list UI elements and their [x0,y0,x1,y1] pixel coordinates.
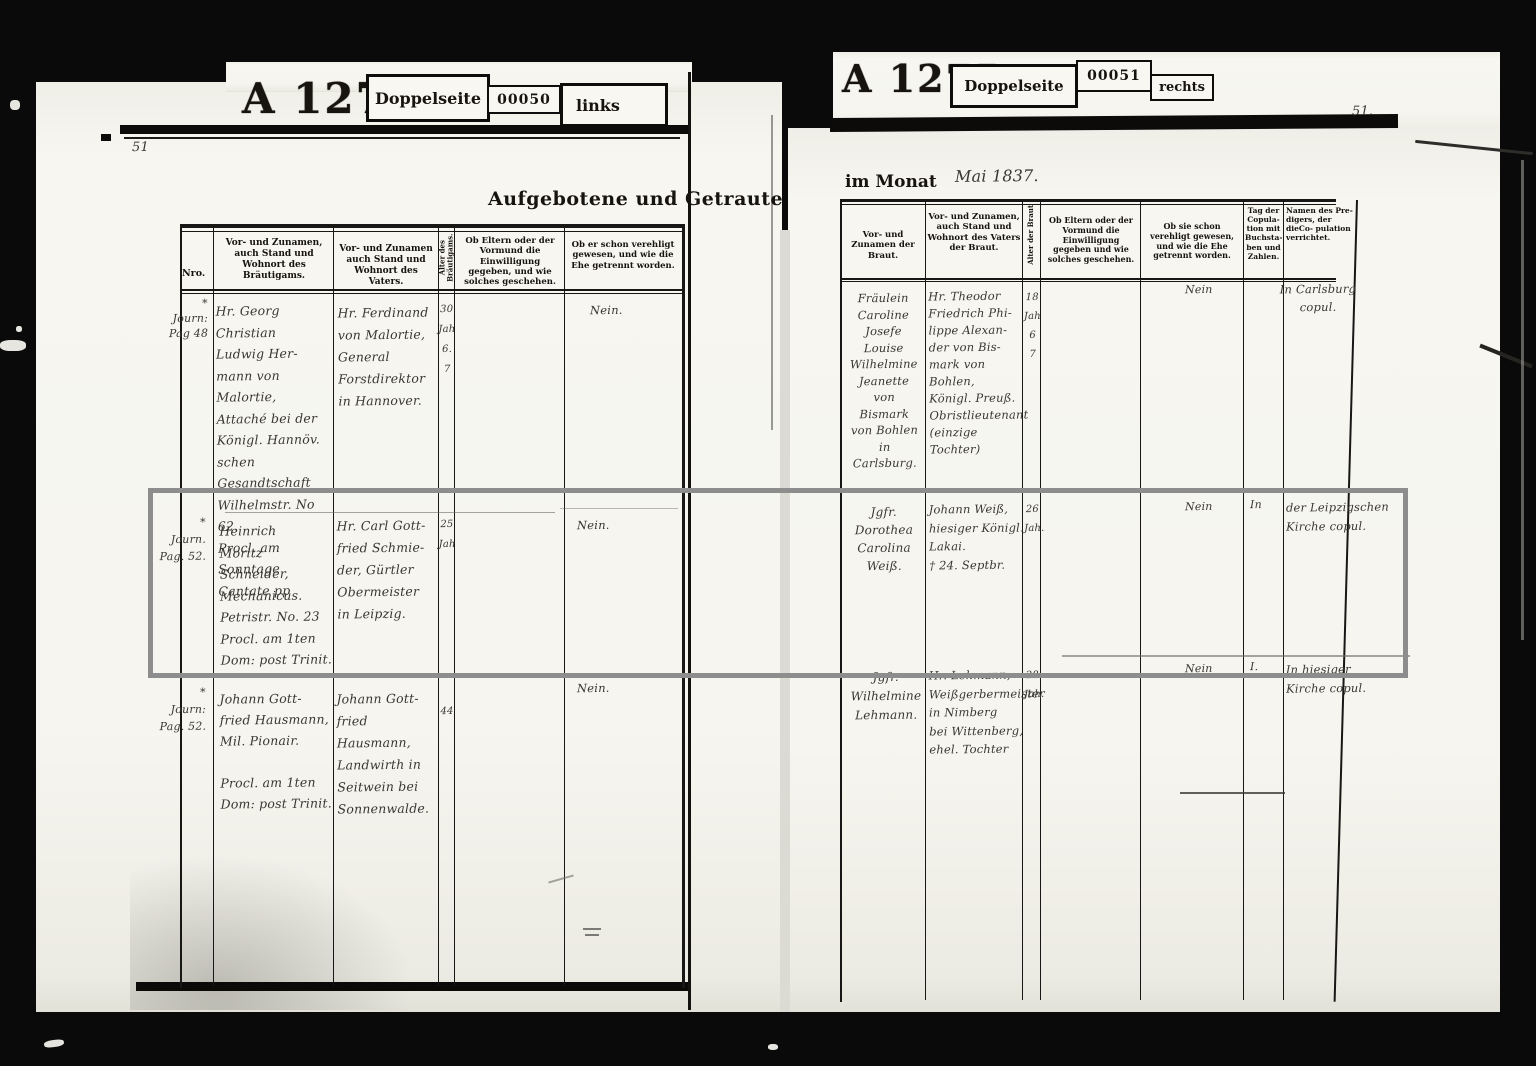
right-row3-cell-father: Hr. Lehmann, Weißgerbermeister in Nimber… [929,665,1034,759]
right-row1-cell-officiant: In Carlsburg copul. [1256,279,1380,316]
left-row1-cell-age: 30 Jah 6. 7 [438,300,457,380]
left-row1-cell-prior: Nein. [590,303,634,317]
film-speck [16,326,22,332]
right-row1-cell-prior: Nein [1185,283,1225,296]
left-doppelseite-box: Doppelseite [366,74,490,122]
film-speck [768,1044,778,1050]
right-row1-cell-bride: Fräulein Caroline Josefe Louise Wilhelmi… [844,290,924,472]
right-side-box: rechts [1150,74,1214,101]
left-header-nro: Nro. [182,268,212,279]
gutter-shadow-line [771,115,773,430]
pencil-mark [585,934,599,936]
right-header-consent: Ob Eltern oder der Vormund die Einwillig… [1044,216,1138,265]
right-page-number: 51. [1352,104,1373,119]
left-page-title: Aufgebotene und Getraute [488,188,783,210]
left-header-age: Alter des Bräutigams. [438,226,453,290]
left-row3-cell-prior: Nein. [577,681,621,695]
film-edge-line [1521,160,1524,640]
right-header-day: Tag der Copula- tion mit Buchsta- ben un… [1245,206,1282,261]
right-month-value: Mai 1837. [955,165,1125,186]
left-header-father: Vor- und Zunamen auch Stand und Wohnort … [336,244,436,288]
left-page-number: 51 [132,140,149,155]
right-header-prior: Ob sie schon verehligt gewesen, und wie … [1144,222,1240,261]
left-row1-cell-father: Hr. Ferdinand von Malortie, General Fors… [337,301,438,412]
left-header-groom: Vor- und Zunamen, auch Stand und Wohnort… [217,238,331,282]
left-header-consent: Ob Eltern oder der Vormund die Einwillig… [457,236,563,288]
right-header-bride: Vor- und Zunamen der Braut. [842,230,924,261]
left-table-bottom-border [136,982,688,991]
microfilm-scan: A 1275 b Doppelseite 00050 links 51 A 12… [0,0,1536,1066]
right-header-father: Vor- und Zunamen, auch Stand und Wohnort… [927,212,1021,253]
left-table-top-inner-line [180,231,683,232]
film-mark-square [101,134,111,141]
right-row1-cell-father: Hr. Theodor Friedrich Phi- lippe Alexan-… [928,288,1026,459]
left-row1-cell-nro: * Journ: Pag 48 [148,296,208,342]
right-header-officiant: Namen des Pre- digers, der dieCo- pulati… [1286,206,1354,243]
left-stamp-bar [120,125,688,134]
right-header-age: Alter der Braut [1027,201,1035,269]
left-frame-number-box: 00050 [487,85,561,114]
left-side-box: links [560,83,668,127]
film-speck [0,340,26,351]
pencil-mark [1180,792,1285,794]
right-table-top-border [840,199,1336,202]
left-row3-cell-nro: * Journ: Pag. 52. [148,684,207,736]
left-doppelseite-label: Doppelseite [375,89,481,108]
left-row3-cell-age: 44 [438,706,456,717]
left-table-header-bottom-inner [180,293,683,294]
left-row3-cell-groom: Johann Gott- fried Hausmann, Mil. Pionai… [219,687,332,814]
left-table-header-bottom [180,289,683,291]
left-row3-cell-father: Johann Gott- fried Hausmann, Landwirth i… [336,687,439,820]
right-table-top-inner-line [840,204,1336,205]
film-speck [10,100,20,110]
right-row1-cell-age: 18 Jah 6 7 [1024,288,1042,364]
pencil-mark [583,928,601,930]
right-month-label: im Monat [845,172,937,192]
right-frame-number-box: 00051 [1076,60,1152,92]
film-speck [44,1039,65,1049]
right-frame-number: 00051 [1087,68,1141,84]
left-frame-number: 00050 [497,92,551,108]
right-doppelseite-label: Doppelseite [964,77,1063,95]
left-table-top-border [180,224,683,228]
highlight-box [148,488,1408,678]
left-side-label: links [576,96,620,115]
right-doppelseite-box: Doppelseite [950,64,1078,108]
left-stamp-bar-underline [124,137,680,139]
left-header-prior: Ob er schon verehligt gewesen, und wie d… [566,240,680,271]
right-side-label: rechts [1159,80,1205,95]
